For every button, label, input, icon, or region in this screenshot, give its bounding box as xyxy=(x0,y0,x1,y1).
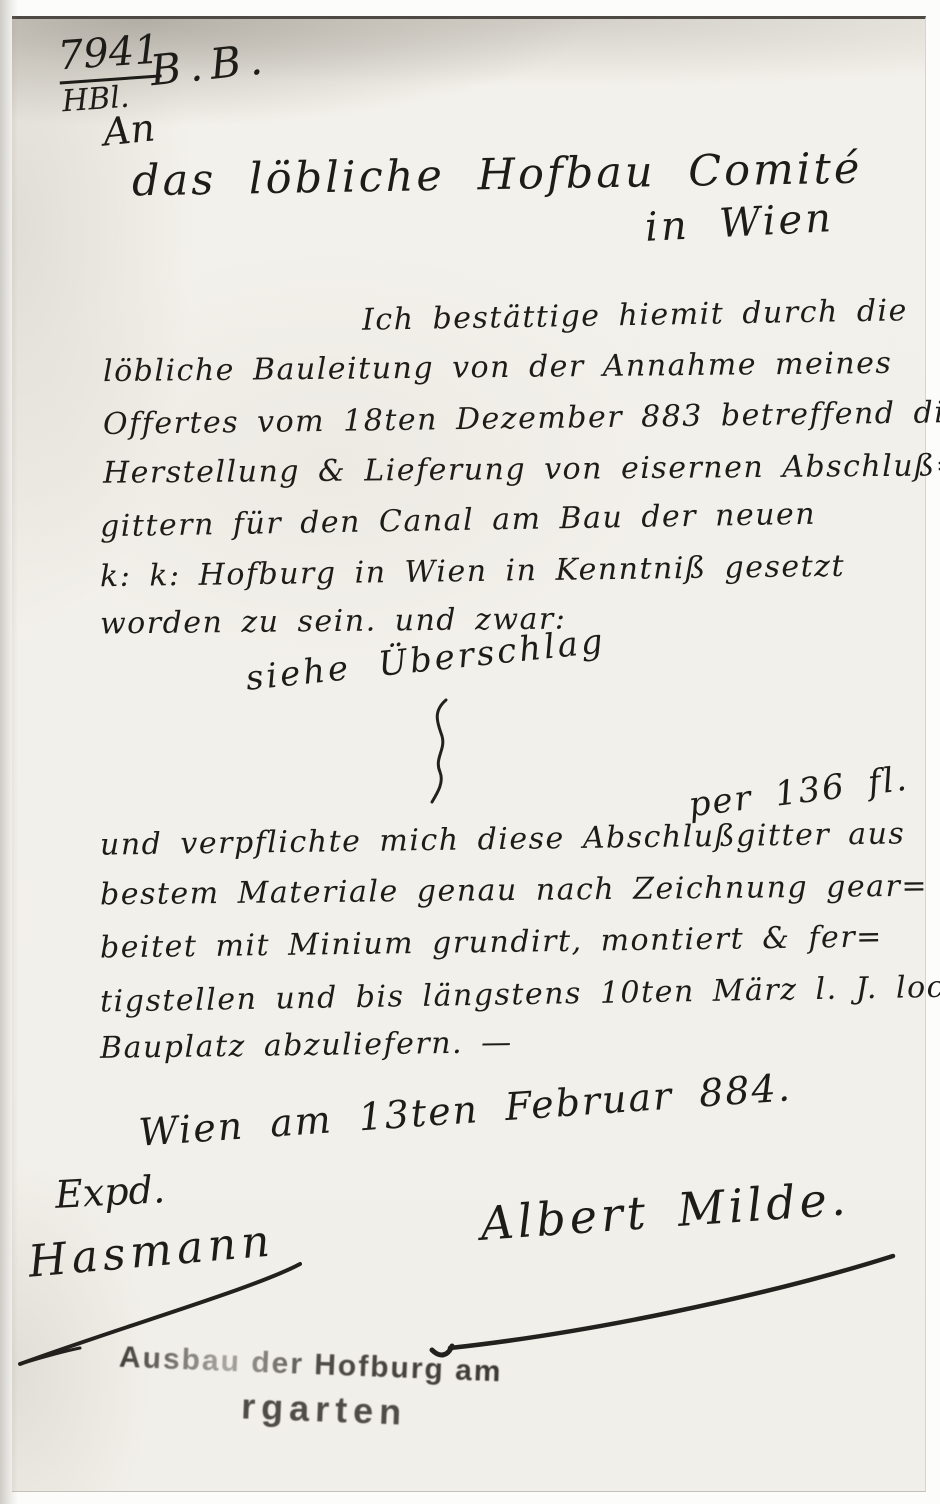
expedit-note: Expd. xyxy=(54,1167,166,1217)
scanned-letter-page: 7941 B.B. HBl. An das löbliche Hofbau Co… xyxy=(0,0,940,1504)
body-p1-line4: Herstellung & Lieferung von eisernen Abs… xyxy=(103,448,940,490)
handwritten-brace xyxy=(412,698,472,808)
body-p2-line5: Bauplatz abzuliefern. — xyxy=(100,1025,513,1066)
salutation: An xyxy=(101,105,157,154)
registry-number: 7941 xyxy=(56,27,161,85)
rubber-stamp: Ausbau der Hofburg am rgarten xyxy=(117,1341,504,1438)
